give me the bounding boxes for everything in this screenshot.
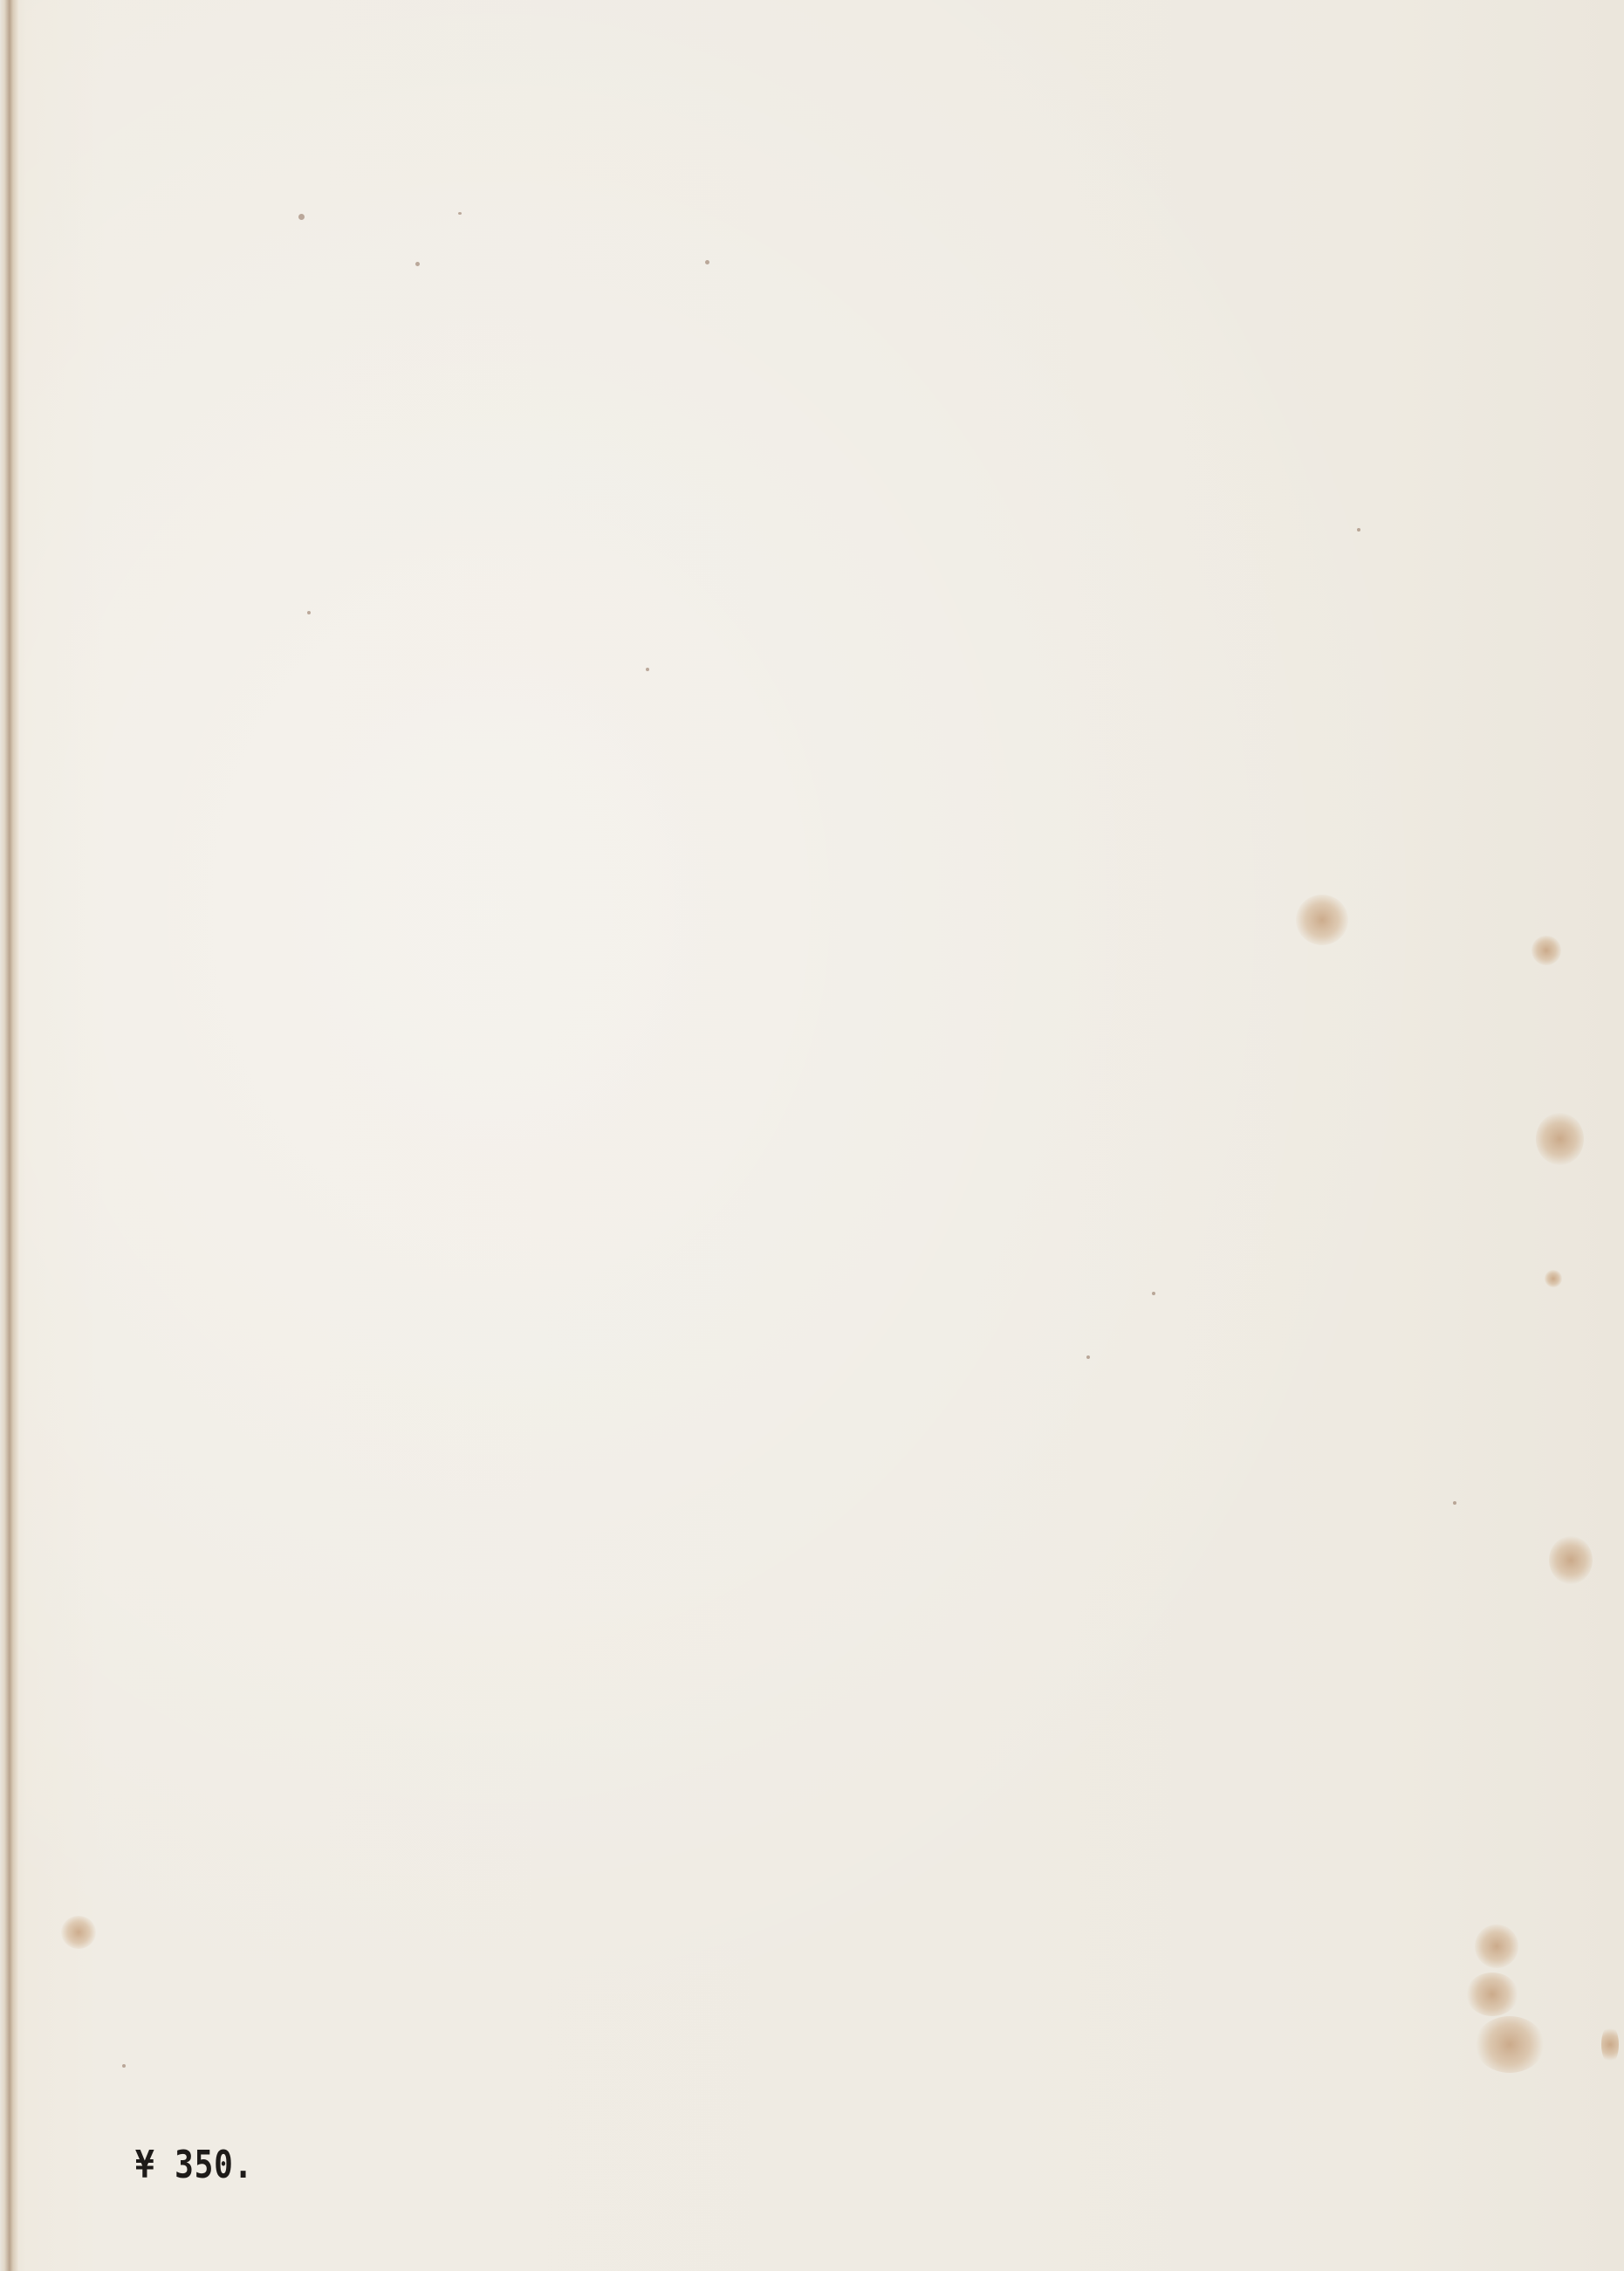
foxing-stain	[1475, 1925, 1518, 1968]
foxing-stain	[1466, 1973, 1518, 2016]
foxing-stain	[1545, 1270, 1562, 1287]
speck	[646, 668, 649, 671]
yen-symbol: ¥	[135, 2143, 155, 2187]
speck	[1152, 1292, 1155, 1295]
speck	[1357, 528, 1360, 532]
speck	[1086, 1355, 1090, 1359]
speck	[307, 611, 311, 614]
speck	[415, 262, 420, 266]
speck	[705, 260, 709, 264]
foxing-stain	[1549, 1536, 1593, 1584]
speck	[458, 212, 462, 215]
foxing-stain	[1296, 895, 1348, 945]
price-label: ¥ 350.	[135, 2143, 253, 2187]
cover-left-edge	[0, 0, 19, 2271]
speck	[298, 214, 305, 220]
foxing-stain	[61, 1916, 96, 1949]
foxing-stain	[1601, 2025, 1619, 2064]
foxing-stain	[1475, 2016, 1545, 2073]
speck	[1453, 1501, 1456, 1505]
speck	[122, 2064, 126, 2068]
book-back-cover: ¥ 350.	[0, 0, 1624, 2271]
foxing-stain	[1536, 1113, 1584, 1165]
foxing-stain	[1531, 936, 1561, 965]
price-amount: 350.	[175, 2143, 253, 2187]
